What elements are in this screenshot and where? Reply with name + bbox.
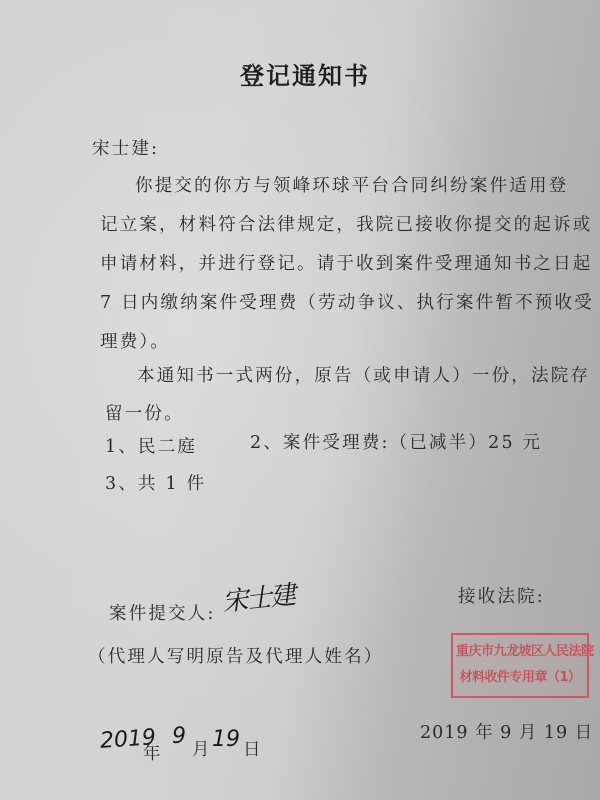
handwritten-day-char: 日	[243, 736, 263, 761]
paragraph1-line5: 理费）。	[100, 328, 170, 353]
paragraph2-line2: 留一份。	[105, 400, 184, 425]
document-title: 登记通知书	[240, 56, 370, 91]
handwritten-month: 9	[172, 724, 186, 749]
stamp-line1: 重庆市九龙坡区人民法院	[456, 639, 584, 665]
item-count: 3、共 1 件	[105, 470, 206, 495]
paragraph1-line3: 申请材料，并进行登记。请于收到案件受理通知书之日起	[100, 250, 593, 275]
handwritten-year-char: 年	[143, 740, 163, 765]
submitter-signature: 宋士建	[220, 574, 295, 618]
printed-date: 2019 年 9 月 19 日	[420, 719, 593, 744]
paragraph1-line2: 记立案，材料符合法律规定，我院已接收你提交的起诉或	[100, 211, 593, 236]
court-stamp: 重庆市九龙坡区人民法院 材料收件专用章（1）	[451, 633, 589, 698]
court-label: 接收法院:	[458, 583, 545, 608]
submitter-label: 案件提交人:	[109, 600, 216, 625]
paragraph2-line1: 本通知书一式两份，原告（或申请人）一份，法院存	[137, 362, 590, 387]
stamp-line2: 材料收件专用章（1）	[456, 665, 584, 691]
paragraph1-line4: 7 日内缴纳案件受理费（劳动争议、执行案件暂不预收受	[100, 289, 594, 314]
handwritten-day: 19	[212, 727, 240, 752]
handwritten-month-char: 月	[192, 736, 212, 761]
salutation: 宋士建:	[92, 135, 159, 160]
paragraph1-line1: 你提交的你方与领峰环球平台合同纠纷案件适用登	[135, 172, 568, 197]
item-fee: 2、案件受理费:（已减半）25 元	[250, 429, 542, 454]
item-division: 1、民二庭	[105, 433, 197, 458]
agent-note: （代理人写明原告及代理人姓名）	[88, 643, 384, 668]
